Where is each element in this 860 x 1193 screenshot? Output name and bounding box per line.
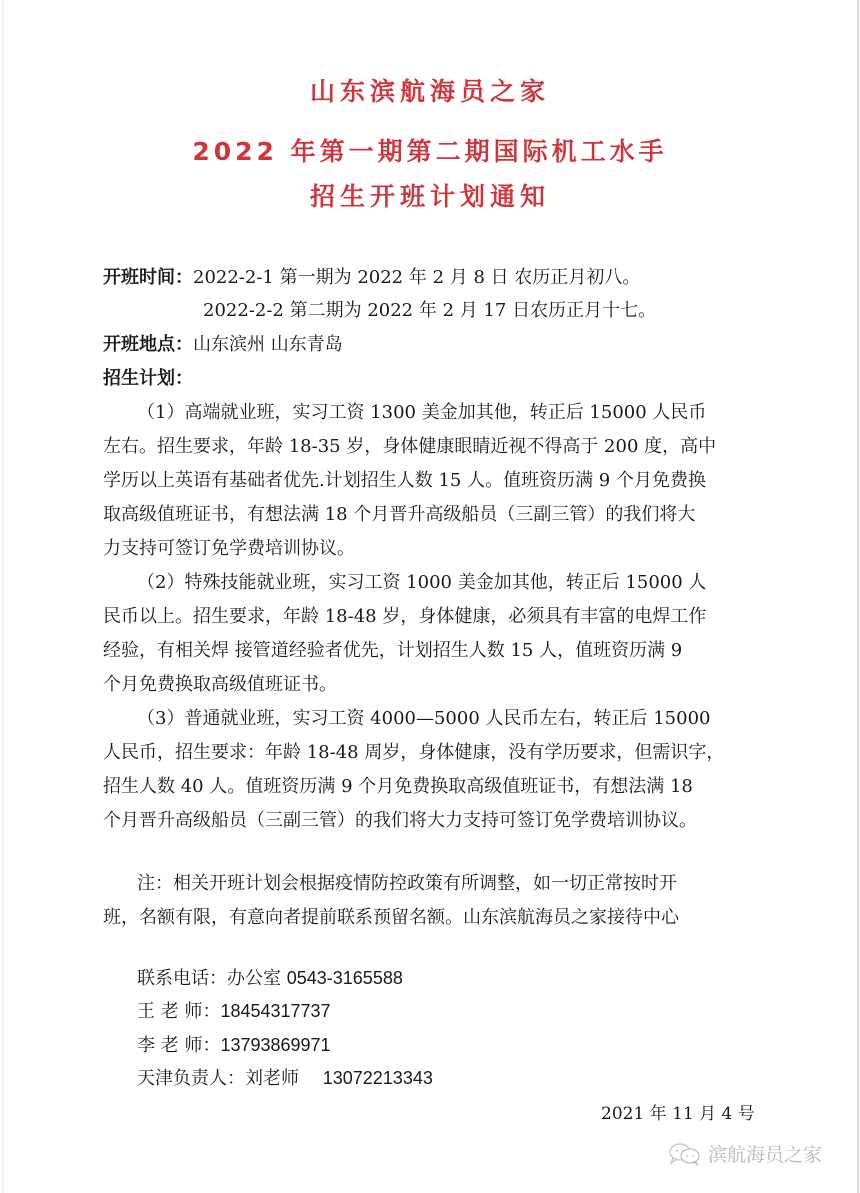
location-value: 山东滨州 山东青岛 [193,334,343,355]
contact-wang: 王 老 师：18454317737 [137,1000,331,1023]
plan-item-1-line-2: 左右。招生要求，年龄 18-35 岁，身体健康眼睛近视不得高于 200 度，高中 [103,436,716,458]
plan-item-1-line-1: （1）高端就业班，实习工资 1300 美金加其他，转正后 15000 人民币 [137,402,706,424]
plan-item-3-line-3: 招生人数 40 人。值班资历满 9 个月免费换取高级值班证书，有想法满 18 [103,776,693,798]
contact-phone: 18454317737 [220,1001,330,1021]
location-label: 开班地点： [103,334,193,355]
plan-item-2-line-2: 民币以上。招生要求，年龄 18-48 岁，身体健康，必须具有丰富的电焊工作 [103,606,706,628]
contact-phone: 0543-3165588 [287,968,403,988]
schedule-row: 开班时间：2022-2-1 第一期为 2022 年 2 月 8 日 农历正月初八… [103,267,640,289]
plan-item-1-line-4: 取高级值班证书，有想法满 18 个月晋升高级船员（三副三管）的我们将大 [103,504,695,526]
location-row: 开班地点：山东滨州 山东青岛 [103,334,343,356]
watermark: 滨航海员之家 [668,1140,822,1167]
plan-item-2-line-1: （2）特殊技能就业班，实习工资 1000 美金加其他，转正后 15000 人 [137,572,706,594]
plan-label: 招生计划： [103,368,193,390]
note-line-2: 班，名额有限，有意向者提前联系预留名额。山东滨航海员之家接待中心 [103,907,679,929]
notice-title-line1: 2022 年第一期第二期国际机工水手 [0,132,860,168]
schedule-line1: 2022-2-1 第一期为 2022 年 2 月 8 日 农历正月初八。 [193,267,640,288]
contact-phone: 13793869971 [220,1035,330,1055]
contact-label: 天津负责人：刘老师 [137,1068,299,1089]
watermark-text: 滨航海员之家 [708,1140,822,1167]
notice-date: 2021 年 11 月 4 号 [601,1099,755,1124]
plan-item-3-line-4: 个月晋升高级船员（三副三管）的我们将大力支持可签订免学费培训协议。 [103,810,697,832]
contact-label: 王 老 师： [137,1001,220,1022]
plan-item-1-line-3: 学历以上英语有基础者优先.计划招生人数 15 人。值班资历满 9 个月免费换 [103,470,706,492]
schedule-label: 开班时间： [103,267,193,288]
contact-li: 李 老 师：13793869971 [137,1034,331,1057]
plan-item-3-line-2: 人民币，招生要求：年龄 18-48 周岁，身体健康，没有学历要求，但需识字， [103,742,724,764]
plan-item-3-line-1: （3）普通就业班，实习工资 4000—5000 人民币左右，转正后 15000 [137,708,711,730]
schedule-line2: 2022-2-2 第二期为 2022 年 2 月 17 日农历正月十七。 [203,300,656,322]
plan-item-2-line-3: 经验，有相关焊 接管道经验者优先，计划招生人数 15 人，值班资历满 9 [103,640,682,662]
wechat-icon [668,1142,702,1166]
contact-office: 联系电话：办公室 0543-3165588 [137,967,403,990]
notice-title-line2: 招生开班计划通知 [0,177,860,213]
plan-item-2-line-4: 个月免费换取高级值班证书。 [103,674,337,696]
contact-label: 李 老 师： [137,1035,220,1056]
plan-item-1-line-5: 力支持可签订免学费培训协议。 [103,538,355,560]
org-title: 山东滨航海员之家 [0,72,860,108]
note-line-1: 注：相关开班计划会根据疫情防控政策有所调整，如一切正常按时开 [137,873,677,895]
contact-phone: 13072213343 [323,1068,433,1088]
contact-tianjin: 天津负责人：刘老师 13072213343 [137,1067,433,1090]
contact-label: 联系电话：办公室 [137,968,281,989]
